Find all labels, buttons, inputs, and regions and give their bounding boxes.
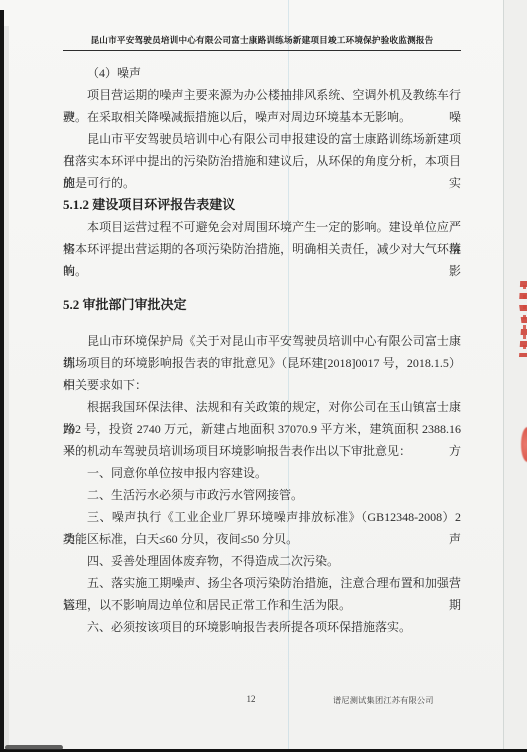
adjacent-page-strip	[504, 0, 527, 752]
footer-page-number: 12	[226, 694, 276, 704]
document-line: 米的机动车驾驶员培训场项目环境影响报告表作出以下审批意见：	[63, 440, 461, 462]
document-line: 三、噪声执行《工业企业厂界环境噪声排放标准》（GB12348-2008）2 类声	[63, 506, 461, 528]
document-line: 一、同意你单位按申报内容建设。	[63, 462, 461, 484]
document-line: 根据我国环保法律、法规和有关政策的规定，对你公司在玉山镇富士康路	[63, 396, 461, 418]
page-edge-line	[503, 0, 504, 752]
document-line: 相关要求如下：	[63, 374, 461, 396]
footer-company-name: 谱尼测试集团江苏有限公司	[333, 695, 443, 706]
document-line: 项目营运期的噪声主要来源为办公楼抽排风系统、空调外机及教练车行驶噪	[63, 84, 461, 106]
scan-corner-smudge	[5, 745, 63, 750]
red-seal-edge	[521, 427, 527, 462]
document-line: 本项目运营过程不可避免会对周围环境产生一定的影响。建设单位应严格落	[63, 216, 461, 238]
document-line: 四、妥善处理固体废弃物，不得造成二次污染。	[63, 550, 461, 572]
section-heading: 5.2 审批部门审批决定	[63, 294, 461, 316]
document-line: 练场项目的环境影响报告表的审批意见》（昆环建[2018]0017 号，2018.…	[63, 352, 461, 374]
scanned-report-page: { "page": { "header": { "title": "昆山市平安驾…	[0, 0, 527, 752]
document-line: 二、生活污水必须与市政污水管网接管。	[63, 484, 461, 506]
document-body: （4）噪声项目营运期的噪声主要来源为办公楼抽排风系统、空调外机及教练车行驶噪声。…	[63, 62, 461, 638]
document-line: （4）噪声	[63, 62, 461, 84]
document-line: 六、必须按该项目的环境影响报告表所提各项环保措施落实。	[63, 616, 461, 638]
red-stamp-fragment	[517, 281, 527, 357]
document-line: 在落实本环评中提出的污染防治措施和建议后，从环保的角度分析，本项目的实	[63, 150, 461, 172]
red-stamp-marks	[523, 285, 526, 353]
scan-edge-left-shadow	[4, 26, 9, 752]
document-line: 实本环评提出营运期的各项污染防治措施，明确相关责任，减少对大气环境的影	[63, 238, 461, 260]
section-heading: 5.1.2 建设项目环评报告表建议	[63, 194, 461, 216]
document-line: 702 号，投资 2740 万元，新建占地面积 37070.9 平方米，建筑面积…	[63, 418, 461, 440]
document-line: 昆山市环境保护局《关于对昆山市平安驾驶员培训中心有限公司富士康训	[63, 330, 461, 352]
document-line: 声。在采取相关降噪减振措施以后，噪声对周边环境基本无影响。	[63, 106, 461, 128]
document-line: 五、落实施工期噪声、扬尘各项污染防治措施，注意合理布置和加强营运期	[63, 572, 461, 594]
document-line: 昆山市平安驾驶员培训中心有限公司申报建设的富士康路训练场新建项目	[63, 128, 461, 150]
report-header-title: 昆山市平安驾驶员培训中心有限公司富士康路训练场新建项目竣工环境保护验收监测报告	[63, 34, 461, 51]
